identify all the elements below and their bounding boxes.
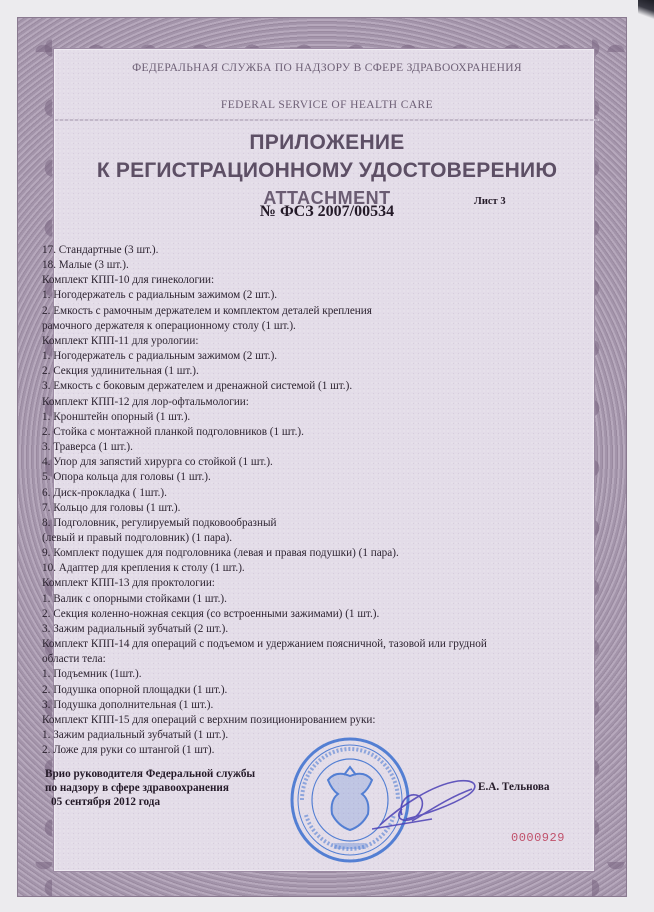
equipment-list-item: рамочного держателя к операционному стол… (42, 319, 562, 334)
equipment-list-item: 18. Малые (3 шт.). (42, 258, 562, 273)
equipment-list-item: 2. Секция коленно-ножная секция (со встр… (42, 607, 562, 622)
equipment-list-item: Комплект КПП-14 для операций с подъемом … (42, 637, 562, 652)
signatory-position-line2: по надзору в сфере здравоохранения (45, 781, 255, 795)
document-title-line2: К РЕГИСТРАЦИОННОМУ УДОСТОВЕРЕНИЮ (0, 159, 654, 183)
equipment-list-item: 2. Секция удлинительная (1 шт.). (42, 364, 562, 379)
equipment-list-item: 9. Комплект подушек для подголовника (ле… (42, 546, 562, 561)
equipment-list-item: 8. Подголовник, регулируемый подковообра… (42, 516, 562, 531)
equipment-list-item: 17. Стандартные (3 шт.). (42, 243, 562, 258)
equipment-list-item: 4. Упор для запястий хирурга со стойкой … (42, 455, 562, 470)
handwritten-signature-icon (372, 775, 484, 830)
equipment-list-item: Комплект КПП-13 для проктологии: (42, 576, 562, 591)
equipment-list-item: Комплект КПП-11 для урологии: (42, 334, 562, 349)
equipment-list-item: области тела: (42, 652, 562, 667)
equipment-list-item: 1. Подъемник (1шт.). (42, 667, 562, 682)
agency-name-ru: ФЕДЕРАЛЬНАЯ СЛУЖБА ПО НАДЗОРУ В СФЕРЕ ЗД… (0, 62, 654, 74)
equipment-list-item: (левый и правый подголовник) (1 пара). (42, 531, 562, 546)
equipment-list-item: 10. Адаптер для крепления к столу (1 шт.… (42, 561, 562, 576)
equipment-list-item: 1. Ногодержатель с радиальным зажимом (2… (42, 349, 562, 364)
signer-name: Е.А. Тельнова (478, 781, 550, 793)
equipment-list-item: 3. Подушка дополнительная (1 шт.). (42, 698, 562, 713)
registration-number: № ФСЗ 2007/00534 (0, 203, 654, 221)
equipment-list-item: Комплект КПП-10 для гинекологии: (42, 273, 562, 288)
document-title-line1: ПРИЛОЖЕНИЕ (0, 131, 654, 155)
equipment-list-item: 3. Емкость с боковым держателем и дренаж… (42, 379, 562, 394)
header-divider (55, 119, 599, 121)
issue-date: 05 сентября 2012 года (45, 795, 255, 809)
equipment-list-item: 2. Емкость с рамочным держателем и компл… (42, 304, 562, 319)
signatory-block: Врио руководителя Федеральной службы по … (45, 767, 255, 809)
sheet-number: Лист 3 (474, 196, 506, 207)
signatory-position-line1: Врио руководителя Федеральной службы (45, 767, 255, 781)
agency-name-en: FEDERAL SERVICE OF HEALTH CARE (0, 99, 654, 111)
equipment-list: 17. Стандартные (3 шт.).18. Малые (3 шт.… (42, 243, 562, 758)
equipment-list-item: 5. Опора кольца для головы (1 шт.). (42, 470, 562, 485)
equipment-list-item: 1. Кронштейн опорный (1 шт.). (42, 410, 562, 425)
equipment-list-item: 7. Кольцо для головы (1 шт.). (42, 501, 562, 516)
equipment-list-item: Комплект КПП-12 для лор-офтальмологии: (42, 395, 562, 410)
equipment-list-item: 3. Траверса (1 шт.). (42, 440, 562, 455)
equipment-list-item: Комплект КПП-15 для операций с верхним п… (42, 713, 562, 728)
equipment-list-item: 1. Ногодержатель с радиальным зажимом (2… (42, 288, 562, 303)
certificate-content: ФЕДЕРАЛЬНАЯ СЛУЖБА ПО НАДЗОРУ В СФЕРЕ ЗД… (0, 0, 654, 912)
equipment-list-item: 2. Стойка с монтажной планкой подголовни… (42, 425, 562, 440)
equipment-list-item: 3. Зажим радиальный зубчатый (2 шт.). (42, 622, 562, 637)
equipment-list-item: 2. Подушка опорной площадки (1 шт.). (42, 683, 562, 698)
form-serial-number: 0000929 (511, 831, 565, 845)
equipment-list-item: 1. Валик с опорными стойками (1 шт.). (42, 592, 562, 607)
equipment-list-item: 6. Диск-прокладка ( 1шт.). (42, 486, 562, 501)
